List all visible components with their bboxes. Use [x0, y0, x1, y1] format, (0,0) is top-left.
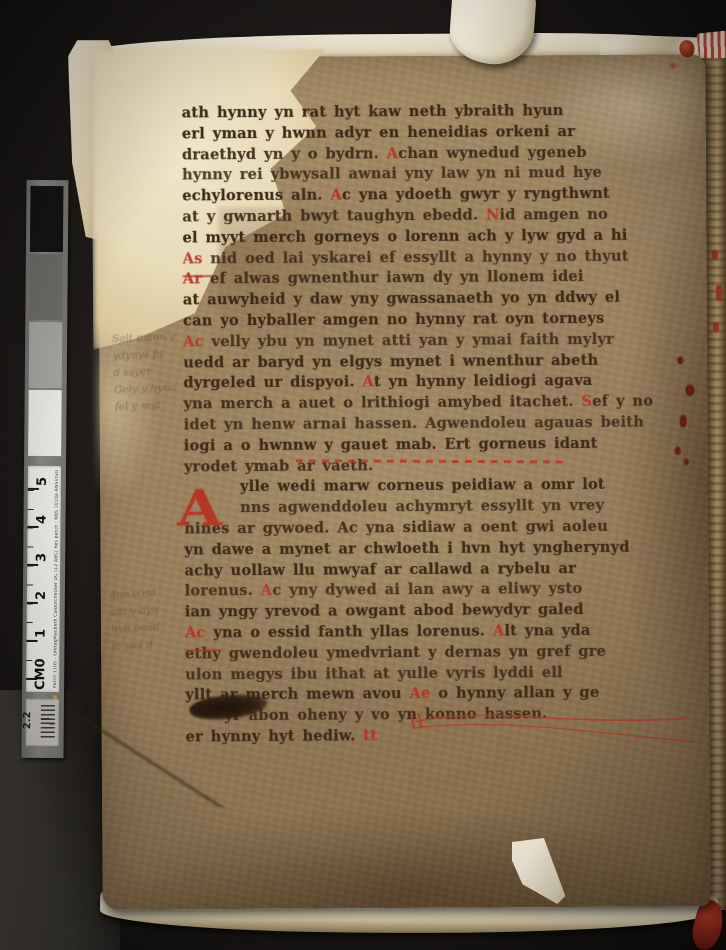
ink-text: el myyt merch gorneys o lorenn ach y lyw… [182, 226, 627, 246]
ruler-number: 5 [35, 477, 50, 486]
ink-text: chan wynedud ygeneb [398, 143, 587, 162]
resolution-patch: 2.2 [26, 699, 59, 746]
ruler-tick [28, 488, 39, 490]
rubric-text: A [387, 144, 399, 162]
grayscale-patch [29, 254, 63, 320]
ink-text: ath hynny yn rat hyt kaw neth ybraith hy… [182, 102, 564, 122]
rubric-text: As [183, 249, 203, 267]
rust-speck [684, 458, 689, 465]
rubric-flourish [401, 702, 701, 754]
ink-text: c yna ydoeth gwyr y ryngthwnt [342, 185, 610, 204]
ink-text: ethy gwendoleu ymedvriant y dernas yn gr… [185, 642, 606, 662]
orange-dot [53, 695, 57, 699]
ink-text: echylorenus aln. [182, 186, 330, 205]
ink-text: c yny dywed ai lan awy a eliwy ysto [272, 580, 582, 600]
ink-text: iogi a o hwnnw y gauet mab. Ert gorneus … [184, 434, 598, 454]
ink-text: ylle wedi marw corneus peidiaw a omr lot [240, 476, 605, 496]
ink-text: ulon megys ibu ithat at yulle vyris lydd… [185, 663, 563, 683]
ruler-tick [27, 564, 38, 566]
ink-text: idet yn henw arnai hassen. Agwendoleu ag… [184, 413, 644, 433]
resolution-label: 2.2 [22, 711, 33, 729]
rubric-text: Ae [409, 685, 430, 703]
ink-text: hines ar gywoed. Ac yna sidiaw a oent gw… [184, 517, 608, 537]
grayscale-patch [28, 390, 62, 456]
ink-text: hynny rei ybwysall awnai yny law yn ni m… [182, 164, 602, 184]
red-underline [183, 275, 213, 277]
grayscale-patch [30, 186, 64, 252]
rubricated-initial: A [177, 483, 222, 533]
rust-speck [680, 414, 687, 428]
fore-edge-red-fleck [713, 322, 719, 332]
rubric-text: N [486, 206, 500, 224]
cm-ruler: CM012345 Patch 1105 - GretagMacbeth Colo… [26, 466, 61, 692]
ink-text: can yo hyballer amgen no hynny rat oyn t… [183, 309, 605, 329]
ink-text: yn dawe a mynet ar chwloeth i hvn hyt yn… [184, 538, 629, 558]
rubric-text: S [581, 393, 592, 411]
ink-text: draethyd yn y o bydrn. [182, 144, 387, 163]
margin-notes-lower: dan o ddam y dynhyn oeddle yus d [109, 584, 192, 655]
ink-text: nns agwenddoleu achymryt essyllt yn vrey [240, 497, 604, 517]
margin-note-line: le yus d [112, 635, 193, 655]
ink-text: at auwyheid y daw yny gwassanaeth yo yn … [183, 288, 620, 308]
ink-text: at y gwnarth bwyt taughyn ebedd. [182, 206, 486, 226]
ink-text: velly ybu yn mynet atti yan y ymai faith… [204, 330, 614, 350]
ink-text: o hynny allan y ge [431, 684, 600, 703]
ink-text: t yn hynny leidiogi agava [374, 372, 593, 391]
ink-text: id amgen no [499, 205, 608, 223]
rubric-text: tt [363, 727, 377, 745]
ink-text: ef y no [592, 392, 653, 410]
ink-text: ian yngy yrevod a owgant abod bewydyr ga… [185, 601, 584, 621]
rust-speck [677, 356, 683, 364]
manuscript-leaf: ath hynny yn rat hyt kaw neth ybraith hy… [97, 54, 710, 910]
fore-edge-red-fleck [712, 250, 718, 260]
ink-text: erl yman y hwnn adyr en heneidias orkeni… [182, 122, 575, 142]
ink-text: yna o essid fanth yllas lorenus. [205, 622, 492, 641]
ink-text: lorenus. [185, 582, 261, 600]
margin-notes-upper: Salt mann yydyuys fad ssyerGely y hynafe… [112, 328, 195, 416]
rubric-text: A [362, 373, 373, 391]
ruler-number: 1 [34, 629, 49, 638]
rubric-text: A [261, 582, 273, 600]
ink-text: uedd ar baryd yn elgys mynet i wnenthur … [183, 351, 598, 371]
ruler-minor-ticks [26, 476, 34, 680]
ruler-number: 2 [34, 591, 49, 600]
color-calibration-bar: CM012345 Patch 1105 - GretagMacbeth Colo… [21, 180, 68, 758]
scratch-mark [71, 717, 232, 808]
red-wax-dot [679, 40, 694, 57]
ink-text: nid oed lai yskarei ef essyllt a hynny y… [203, 247, 629, 267]
ink-text: dyrgeled ur dispyoi. [183, 373, 362, 392]
ruler-tick [27, 602, 38, 604]
red-wax-dot-small [669, 62, 676, 69]
ruler-number: 3 [34, 553, 49, 562]
ruler-number: CM0 [33, 658, 48, 690]
rust-speck [675, 446, 681, 455]
ink-text: achy uollaw llu mwyaf ar callawd a rybel… [184, 559, 576, 579]
ink-text: yna merch a auet o lrithiogi amybed itac… [183, 393, 581, 413]
rust-speck [685, 384, 694, 396]
rubric-text: A [493, 622, 505, 640]
ruler-number: 4 [35, 515, 50, 524]
grayscale-patch [29, 322, 63, 388]
ink-text: lt yna yda [504, 621, 590, 639]
ink-text: ef alwas gwnenthur iawn dy yn llonem ide… [202, 268, 584, 288]
ruler-fine-print: Patch 1105 - GretagMacbeth Colourchecker… [53, 468, 60, 688]
rubric-text: A [330, 186, 342, 204]
fore-edge-red-fleck [716, 285, 722, 301]
rubric-text: Ar [183, 270, 203, 288]
resolution-bars [41, 705, 55, 739]
ruler-tick [26, 640, 37, 642]
ruler-tick [27, 526, 38, 528]
margin-note-line: fel y myt [114, 396, 195, 416]
